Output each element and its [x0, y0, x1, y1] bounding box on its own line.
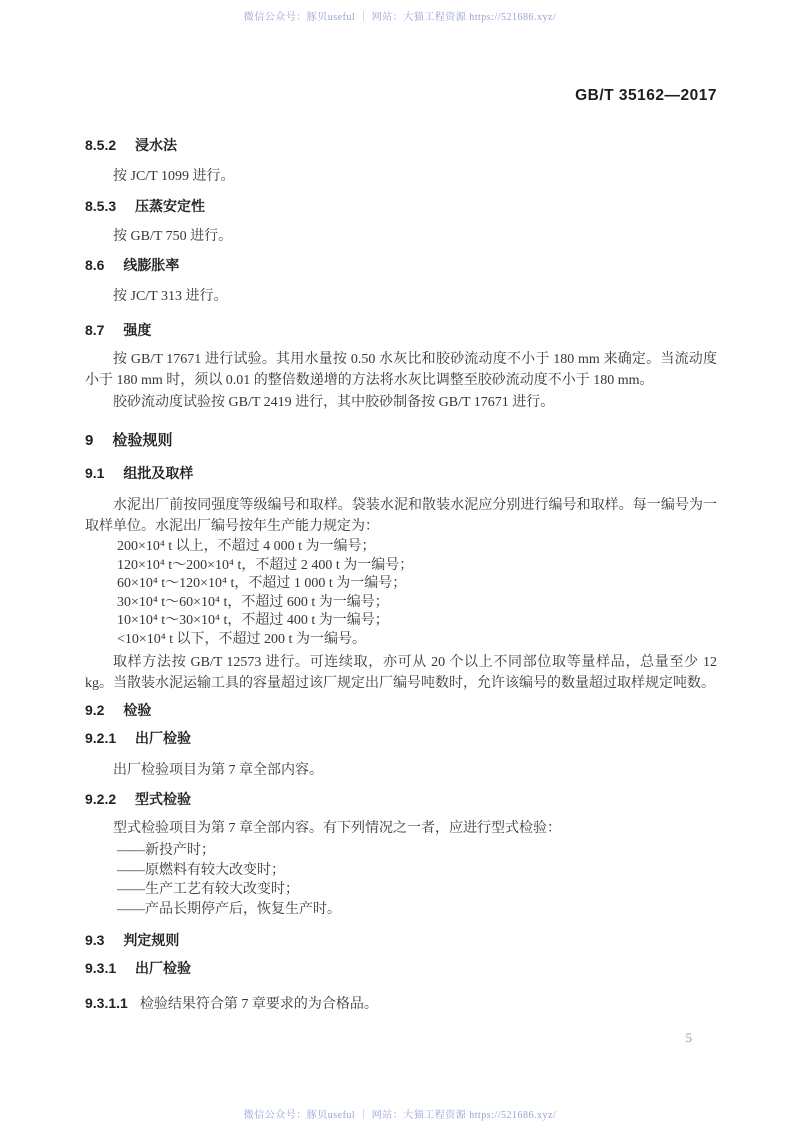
clause-number: 9.2	[85, 702, 104, 718]
type-test-condition: ——原燃料有较大改变时；	[117, 861, 717, 881]
clause-number: 9.3.1	[85, 960, 116, 976]
clause-title: 浸水法	[135, 137, 177, 153]
clause-title: 压蒸安定性	[135, 198, 205, 214]
clause-title: 判定规则	[123, 932, 179, 948]
clause-number: 9.2.1	[85, 730, 116, 746]
clause-title: 线膨胀率	[123, 257, 179, 273]
watermark-note-bottom: 微信公众号：豚贝useful ｜ 网站：大猫工程资源 https://52168…	[0, 1106, 800, 1121]
clause-text: 检验结果符合第 7 章要求的为合格品。	[140, 997, 378, 1012]
clause-title: 强度	[123, 322, 151, 338]
clause-number: 9.2.2	[85, 791, 116, 807]
clause-title: 出厂检验	[135, 730, 191, 746]
heading-8-6: 8.6 线膨胀率	[85, 256, 717, 275]
para-8-7-1: 按 GB/T 17671 进行试验。其用水量按 0.50 水灰比和胶砂流动度不小…	[85, 349, 717, 392]
clause-title: 出厂检验	[135, 960, 191, 976]
heading-8-7: 8.7 强度	[85, 321, 717, 340]
standard-code: GB/T 35162—2017	[575, 87, 717, 105]
heading-8-5-3: 8.5.3 压蒸安定性	[85, 197, 717, 216]
para-8-5-3: 按 GB/T 750 进行。	[85, 226, 717, 248]
para-9-1-intro: 水泥出厂前按同强度等级编号和取样。袋装水泥和散装水泥应分别进行编号和取样。每一编…	[85, 496, 717, 537]
page-number: 5	[686, 1030, 693, 1046]
clause-number: 9.3.1.1	[85, 995, 128, 1011]
type-test-condition-list: ——新投产时； ——原燃料有较大改变时； ——生产工艺有较大改变时； ——产品长…	[85, 841, 717, 919]
batch-rule-item: 200×10⁴ t 以上，不超过 4 000 t 为一编号；	[117, 538, 717, 557]
chapter-number: 9	[85, 432, 93, 449]
batch-rule-item: 30×10⁴ t～60×10⁴ t，不超过 600 t 为一编号；	[117, 594, 717, 613]
para-8-6: 按 JC/T 313 进行。	[85, 286, 717, 308]
clause-title: 检验	[123, 702, 151, 718]
para-9-1-sampling: 取样方法按 GB/T 12573 进行。可连续取，亦可从 20 个以上不同部位取…	[85, 652, 717, 694]
type-test-condition: ——新投产时；	[117, 841, 717, 861]
chapter-title: 检验规则	[113, 432, 173, 449]
clause-number: 8.5.2	[85, 137, 116, 153]
watermark-note-top: 微信公众号：豚贝useful ｜ 网站：大猫工程资源 https://52168…	[0, 8, 800, 23]
para-8-5-2: 按 JC/T 1099 进行。	[85, 166, 717, 188]
clause-number: 9.1	[85, 465, 104, 481]
batch-rule-item: 60×10⁴ t～120×10⁴ t，不超过 1 000 t 为一编号；	[117, 575, 717, 594]
heading-9-2-2: 9.2.2 型式检验	[85, 790, 717, 809]
batch-rule-item: 120×10⁴ t～200×10⁴ t，不超过 2 400 t 为一编号；	[117, 557, 717, 576]
batch-rule-item: 10×10⁴ t～30×10⁴ t，不超过 400 t 为一编号；	[117, 612, 717, 631]
para-9-2-2: 型式检验项目为第 7 章全部内容。有下列情况之一者，应进行型式检验：	[85, 818, 717, 840]
clause-title: 组批及取样	[123, 465, 193, 481]
document-page: 微信公众号：豚贝useful ｜ 网站：大猫工程资源 https://52168…	[0, 0, 800, 1132]
heading-8-5-2: 8.5.2 浸水法	[85, 136, 717, 155]
heading-9-2: 9.2 检验	[85, 701, 717, 720]
heading-9: 9 检验规则	[85, 430, 717, 451]
heading-9-3-1: 9.3.1 出厂检验	[85, 959, 717, 978]
clause-number: 8.6	[85, 257, 104, 273]
clause-number: 8.5.3	[85, 198, 116, 214]
para-8-7-2: 胶砂流动度试验按 GB/T 2419 进行，其中胶砂制备按 GB/T 17671…	[85, 392, 717, 414]
clause-number: 8.7	[85, 322, 104, 338]
document-body: 8.5.2 浸水法 按 JC/T 1099 进行。 8.5.3 压蒸安定性 按 …	[85, 130, 717, 1016]
para-9-3-1-1: 9.3.1.1检验结果符合第 7 章要求的为合格品。	[85, 993, 717, 1016]
type-test-condition: ——产品长期停产后，恢复生产时。	[117, 900, 717, 920]
clause-number: 9.3	[85, 932, 104, 948]
type-test-condition: ——生产工艺有较大改变时；	[117, 880, 717, 900]
heading-9-2-1: 9.2.1 出厂检验	[85, 729, 717, 748]
para-9-2-1: 出厂检验项目为第 7 章全部内容。	[85, 760, 717, 782]
clause-title: 型式检验	[135, 791, 191, 807]
batch-rule-list: 200×10⁴ t 以上，不超过 4 000 t 为一编号； 120×10⁴ t…	[85, 538, 717, 649]
batch-rule-item: <10×10⁴ t 以下，不超过 200 t 为一编号。	[117, 631, 717, 650]
heading-9-3: 9.3 判定规则	[85, 931, 717, 950]
heading-9-1: 9.1 组批及取样	[85, 464, 717, 483]
